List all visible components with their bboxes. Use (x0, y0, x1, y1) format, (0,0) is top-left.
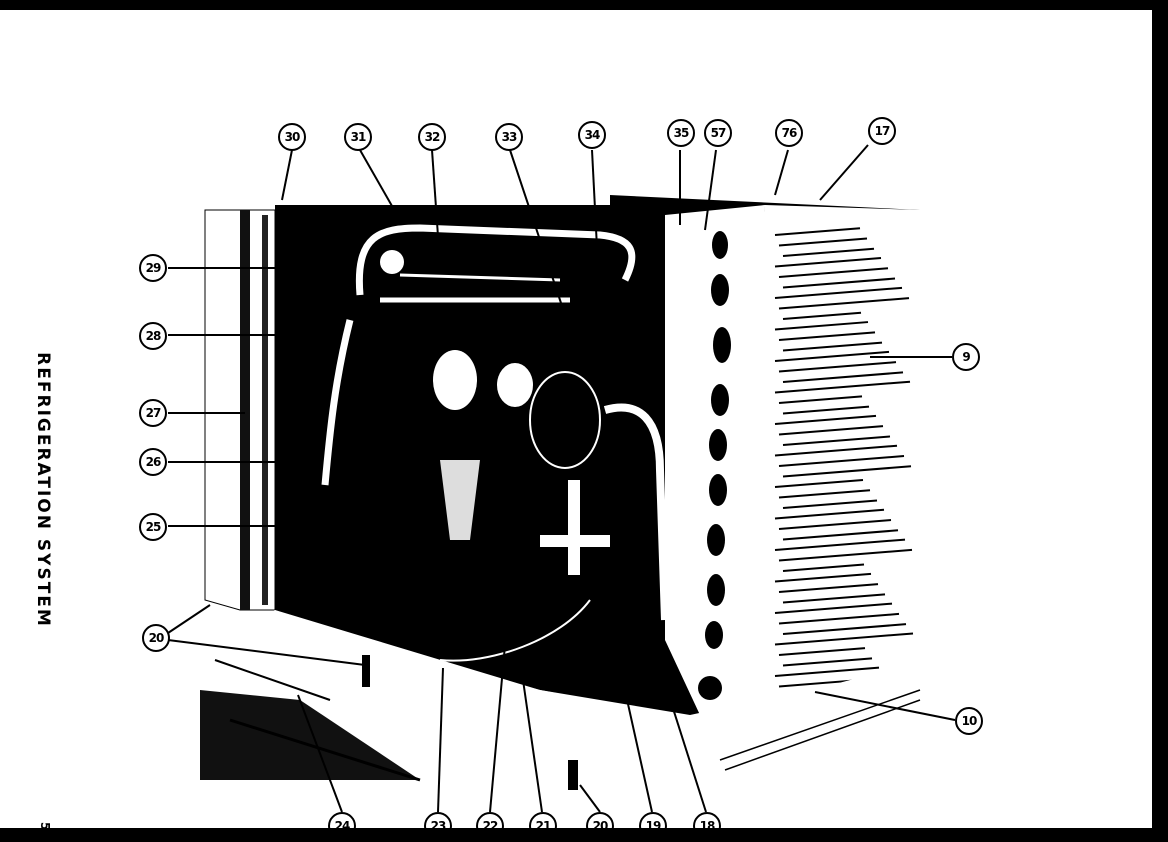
callout-31: 31 (344, 123, 372, 151)
callout-9: 9 (952, 343, 980, 371)
photo-body (200, 195, 925, 790)
callout-35: 35 (667, 119, 695, 147)
callout-25: 25 (139, 513, 167, 541)
callout-28: 28 (139, 322, 167, 350)
callout-29: 29 (139, 254, 167, 282)
callout-34: 34 (578, 121, 606, 149)
callout-32: 32 (418, 123, 446, 151)
callout-26: 26 (139, 448, 167, 476)
callout-76: 76 (775, 119, 803, 147)
callout-10: 10 (955, 707, 983, 735)
refrigeration-system-photo (0, 10, 1152, 828)
callout-20-left: 20 (142, 624, 170, 652)
callout-27: 27 (139, 399, 167, 427)
callout-57: 57 (704, 119, 732, 147)
callout-30: 30 (278, 123, 306, 151)
callout-17: 17 (868, 117, 896, 145)
diagram-page: REFRIGERATION SYSTEM 5 (0, 10, 1152, 828)
scan-border (0, 828, 1168, 842)
callout-33: 33 (495, 123, 523, 151)
